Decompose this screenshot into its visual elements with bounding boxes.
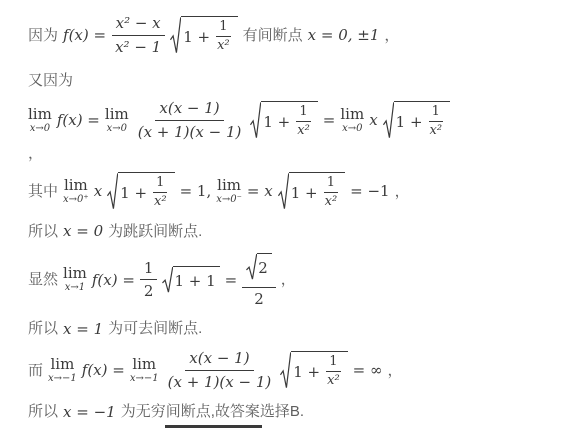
fraction-numerator: x(x − 1) — [185, 349, 253, 371]
limit-subscript: x→−1 — [130, 374, 159, 384]
sqrt-prefix: 1 + — [396, 113, 423, 131]
fraction-numerator: 2 — [242, 252, 276, 288]
fraction-denominator: 2 — [250, 288, 268, 309]
text-obviously: 显然 — [28, 269, 58, 290]
math-x-equals-one: x = 1 — [63, 320, 103, 338]
math-square-root: 1 + 1 x² — [280, 351, 347, 390]
text-removable-discontinuity: 为可去间断点. — [108, 318, 202, 339]
limit-subscript: x→0 — [342, 124, 362, 134]
math-solution-document: 因为 f(x) = x² − x x² − 1 1 + 1 x² 有间断点 x … — [0, 0, 585, 422]
text-therefore: 所以 — [28, 318, 58, 339]
limit-subscript: x→0⁻ — [216, 195, 242, 205]
limit-subscript: x→0 — [30, 124, 50, 134]
radical-icon — [170, 16, 181, 55]
math-fraction: 1 x² — [294, 105, 313, 139]
sqrt-prefix: 1 + — [183, 28, 210, 46]
radical-icon — [162, 266, 173, 294]
radical-icon — [246, 253, 257, 281]
fraction-denominator: x² — [322, 193, 341, 209]
fraction-numerator: 1 — [140, 259, 158, 281]
math-fraction: x(x − 1) (x + 1)(x − 1) — [164, 349, 276, 391]
punctuation-comma: ， — [388, 360, 403, 381]
solution-line-3: lim x→0 f(x) = lim x→0 x(x − 1) (x + 1)(… — [28, 99, 577, 141]
fraction-numerator: 1 — [326, 355, 340, 372]
math-limit: lim x→0 — [105, 107, 129, 134]
text-among-which: 其中 — [28, 181, 58, 202]
math-fx-equals: f(x) = — [57, 111, 100, 129]
math-square-root: 1 + 1 x² — [278, 172, 345, 211]
radical-icon — [107, 172, 118, 211]
math-limit: lim x→0⁺ — [63, 178, 89, 205]
math-square-root: 1 + 1 x² — [250, 101, 317, 140]
math-points: x = 0, ±1 — [308, 26, 380, 44]
math-square-root: 2 — [246, 253, 272, 281]
radical-icon — [278, 172, 289, 211]
limit-word: lim — [50, 357, 74, 372]
fraction-denominator: 2 — [140, 280, 158, 301]
radical-icon — [250, 101, 261, 140]
math-equals-x: = x — [247, 182, 273, 200]
limit-word: lim — [217, 178, 241, 193]
limit-subscript: x→0 — [107, 124, 127, 134]
limit-word: lim — [340, 107, 364, 122]
fraction-numerator: 1 — [324, 176, 338, 193]
math-square-root: 1 + 1 — [162, 266, 219, 294]
math-equals-infinity: = ∞ — [353, 361, 383, 379]
fraction-numerator: 1 — [296, 105, 310, 122]
math-equals: = — [323, 111, 336, 129]
math-equals-minus-one: = −1 — [350, 182, 389, 200]
limit-word: lim — [63, 266, 87, 281]
math-fraction: 1 x² — [427, 105, 446, 139]
fraction-denominator: x² — [294, 122, 313, 138]
math-square-root: 1 + 1 x² — [107, 172, 174, 211]
solution-line-2: 又因为 — [28, 70, 577, 91]
math-equals: = — [225, 271, 238, 289]
math-equals-one: = 1, — [180, 182, 212, 200]
fraction-numerator: 1 — [429, 105, 443, 122]
math-square-root: 1 + 1 x² — [383, 101, 450, 140]
math-limit: lim x→0 — [340, 107, 364, 134]
fraction-numerator: 1 — [216, 20, 230, 37]
punctuation-comma: ， — [384, 25, 399, 46]
solution-line-5: 其中 lim x→0⁺ x 1 + 1 x² = 1, lim x→0⁻ = x — [28, 172, 577, 211]
text-also-because: 又因为 — [28, 70, 73, 91]
text-has-discontinuity: 有间断点 — [243, 25, 303, 46]
math-fraction: x² − x x² − 1 — [111, 14, 165, 56]
math-limit: lim x→0 — [28, 107, 52, 134]
limit-subscript: x→0⁺ — [63, 195, 89, 205]
text-infinite-discontinuity-answer-b: 为无穷间断点,故答案选择B. — [121, 401, 304, 422]
solution-line-9: 而 lim x→−1 f(x) = lim x→−1 x(x − 1) (x +… — [28, 349, 577, 391]
math-limit: lim x→0⁻ — [216, 178, 242, 205]
punctuation-comma: ， — [395, 181, 410, 202]
solution-line-6: 所以 x = 0 为跳跃间断点. — [28, 221, 577, 242]
solution-line-1: 因为 f(x) = x² − x x² − 1 1 + 1 x² 有间断点 x … — [28, 14, 577, 56]
sqrt-prefix: 1 + — [263, 113, 290, 131]
fraction-denominator: x² − 1 — [111, 36, 165, 57]
fraction-numerator: x(x − 1) — [155, 99, 223, 121]
math-limit: lim x→−1 — [48, 357, 77, 384]
text-therefore: 所以 — [28, 221, 58, 242]
math-fraction: 1 x² — [151, 176, 170, 210]
punctuation-comma: ， — [28, 143, 43, 164]
text-and: 而 — [28, 360, 43, 381]
limit-word: lim — [64, 178, 88, 193]
solution-line-8: 所以 x = 1 为可去间断点. — [28, 318, 577, 339]
fraction-denominator: (x + 1)(x − 1) — [164, 371, 276, 392]
solution-line-4: ， — [28, 143, 577, 164]
solution-line-10: 所以 x = −1 为无穷间断点,故答案选择B. — [28, 401, 577, 422]
math-x-equals-minus-one: x = −1 — [63, 403, 116, 421]
sqrt-prefix: 1 + — [120, 184, 147, 202]
math-limit: lim x→−1 — [130, 357, 159, 384]
fraction-numerator: 1 — [153, 176, 167, 193]
math-fraction: 1 2 — [140, 259, 158, 301]
sqrt-prefix: 1 + — [291, 184, 318, 202]
limit-word: lim — [105, 107, 129, 122]
sqrt-body: 1 + 1 — [174, 272, 215, 290]
text-because: 因为 — [28, 25, 58, 46]
math-square-root: 1 + 1 x² — [170, 16, 237, 55]
math-fraction: x(x − 1) (x + 1)(x − 1) — [134, 99, 246, 141]
math-fraction: 1 x² — [214, 20, 233, 54]
limit-subscript: x→−1 — [48, 374, 77, 384]
solution-line-7: 显然 lim x→1 f(x) = 1 2 1 + 1 = 2 2 ， — [28, 252, 577, 309]
text-therefore: 所以 — [28, 401, 58, 422]
math-fraction: 2 2 — [242, 252, 276, 309]
text-jump-discontinuity: 为跳跃间断点. — [108, 221, 202, 242]
limit-word: lim — [28, 107, 52, 122]
sqrt-body: 2 — [258, 260, 268, 277]
radical-icon — [280, 351, 291, 390]
math-fx-equals: f(x) = — [63, 26, 106, 44]
fraction-denominator: x² — [324, 372, 343, 388]
math-fx-equals: f(x) = — [92, 271, 135, 289]
limit-word: lim — [132, 357, 156, 372]
sqrt-prefix: 1 + — [293, 363, 320, 381]
limit-subscript: x→1 — [65, 283, 85, 293]
math-fx-equals: f(x) = — [82, 361, 125, 379]
math-limit: lim x→1 — [63, 266, 87, 293]
math-variable-x: x — [369, 111, 377, 129]
math-variable-x: x — [94, 182, 102, 200]
fraction-denominator: x² — [214, 37, 233, 53]
math-fraction: 1 x² — [324, 355, 343, 389]
fraction-denominator: x² — [151, 193, 170, 209]
fraction-numerator: x² − x — [112, 14, 165, 36]
punctuation-comma: ， — [281, 269, 296, 290]
radical-icon — [383, 101, 394, 140]
fraction-denominator: x² — [427, 122, 446, 138]
math-x-equals-zero: x = 0 — [63, 222, 103, 240]
fraction-denominator: (x + 1)(x − 1) — [134, 121, 246, 142]
math-fraction: 1 x² — [322, 176, 341, 210]
